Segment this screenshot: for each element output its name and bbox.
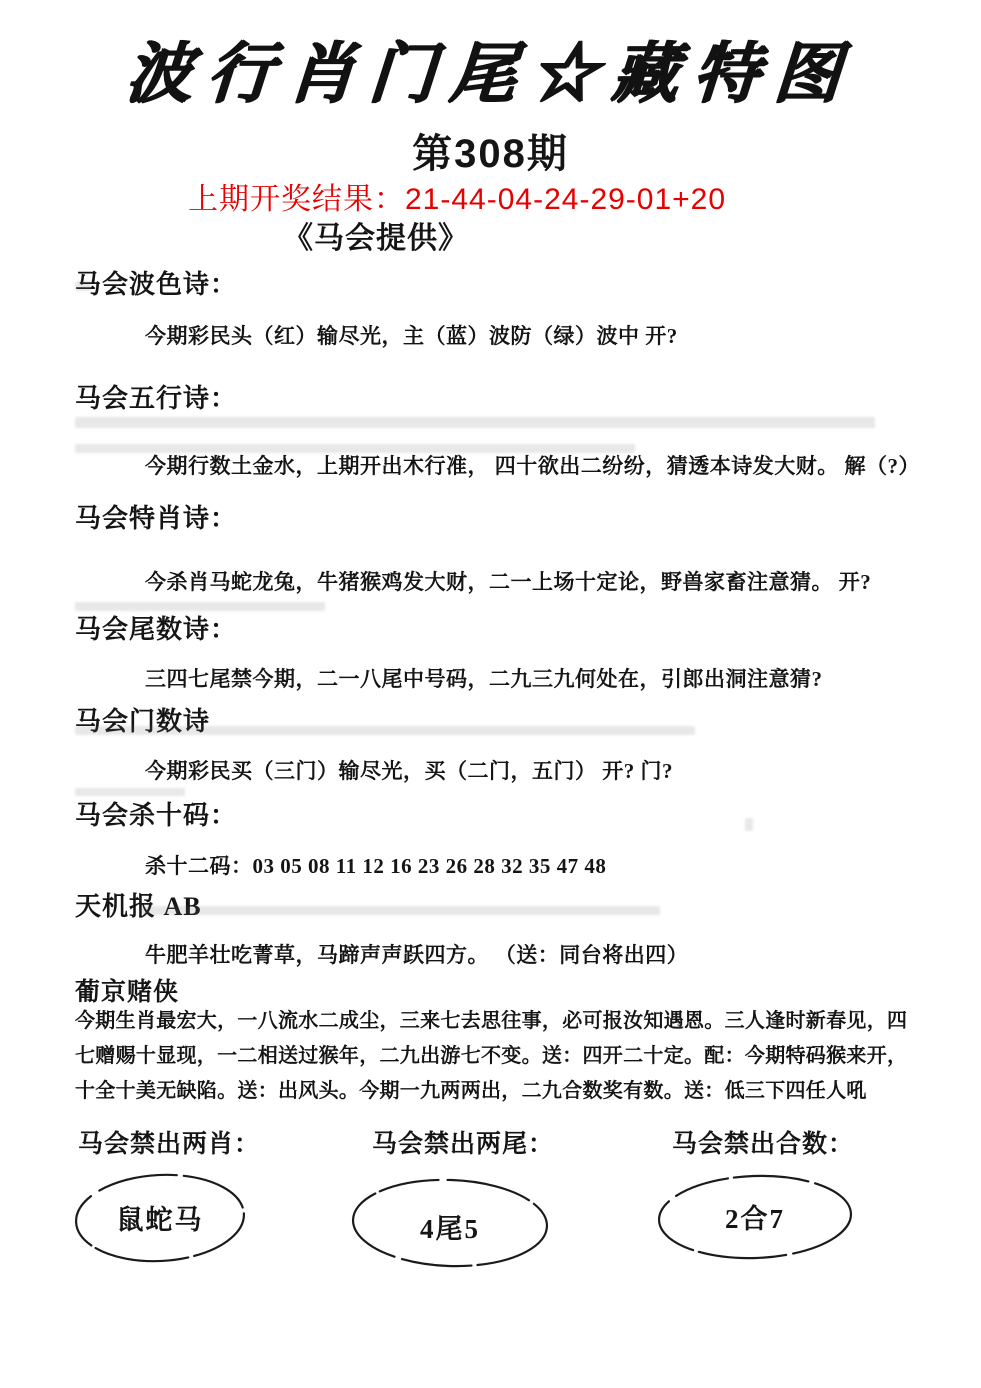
last-draw-label: 上期开奖结果： xyxy=(188,183,405,216)
section-heading-wuxing: 马会五行诗： xyxy=(75,378,237,415)
lottery-tip-sheet: 波行肖门尾☆藏特图 第308期 上期开奖结果：21-44-04-24-29-01… xyxy=(0,0,981,1388)
section-kill-numbers: 杀十二码：03 05 08 11 12 16 23 26 28 32 35 47… xyxy=(145,850,606,880)
forbidden-zodiac-label: 马会禁出两肖： xyxy=(78,1124,260,1160)
forbidden-tail-label: 马会禁出两尾： xyxy=(372,1124,554,1160)
forbidden-zodiac-value: 鼠蛇马 xyxy=(85,1198,235,1237)
section-poem-wuxing: 今期行数土金水，上期开出木行准， 四十欲出二纷纷，猜透本诗发大财。 解（?） xyxy=(145,450,920,480)
section-poem-weishu: 三四七尾禁今期，二一八尾中号码，二九三九何处在，引郎出洞注意猜? xyxy=(145,663,823,693)
section-heading-bose: 马会波色诗： xyxy=(75,264,237,301)
issue-number: 第308期 xyxy=(0,122,981,179)
pujing-line-3: 十全十美无缺陷。送：出风头。今期一九两两出，二九合数奖有数。送：低三下四任人吼 xyxy=(75,1074,867,1103)
section-heading-texiao: 马会特肖诗： xyxy=(75,498,237,535)
section-poem-bose: 今期彩民头（红）输尽光，主（蓝）波防（绿）波中 开? xyxy=(145,320,678,350)
scan-artifact xyxy=(745,818,753,831)
section-poem-tianji: 牛肥羊壮吃菁草，马蹄声声跃四方。 （送：同台将出四） xyxy=(145,939,688,969)
scan-artifact xyxy=(75,788,185,796)
pujing-line-2: 七赠赐十显现，一二相送过猴年，二九出游七不变。送：四开二十定。配：今期特码猴来开… xyxy=(75,1039,907,1068)
provider-note: 《马会提供》 xyxy=(283,213,469,257)
pujing-line-1: 今期生肖最宏大，一八流水二成尘，三来七去思往事，必可报汝知遇恩。三人逢时新春见，… xyxy=(75,1004,907,1033)
section-heading-shama: 马会杀十码： xyxy=(75,795,237,832)
last-draw-result: 上期开奖结果：21-44-04-24-29-01+20 xyxy=(188,174,726,218)
scan-artifact xyxy=(75,417,875,428)
scan-artifact xyxy=(140,906,660,915)
forbidden-sum-value: 2合7 xyxy=(680,1197,830,1236)
scan-artifact xyxy=(75,281,91,291)
section-poem-texiao: 今杀肖马蛇龙兔，牛猪猴鸡发大财，二一上场十定论，野兽家畜注意猜。 开? xyxy=(145,566,871,596)
section-poem-menshu: 今期彩民买（三门）输尽光，买（二门，五门） 开? 门? xyxy=(145,755,673,785)
section-heading-tianji: 天机报 AB xyxy=(75,886,202,923)
scan-artifact xyxy=(75,444,635,453)
forbidden-sum-label: 马会禁出合数： xyxy=(672,1124,854,1160)
page-title: 波行肖门尾☆藏特图 xyxy=(0,20,981,115)
scan-artifact xyxy=(75,726,695,735)
section-heading-weishu: 马会尾数诗： xyxy=(75,609,237,646)
pujing-heading: 葡京赌侠 xyxy=(75,972,179,1008)
forbidden-tail-value: 4尾5 xyxy=(375,1207,525,1246)
scan-artifact xyxy=(75,602,325,611)
last-draw-numbers: 21-44-04-24-29-01+20 xyxy=(405,183,726,216)
